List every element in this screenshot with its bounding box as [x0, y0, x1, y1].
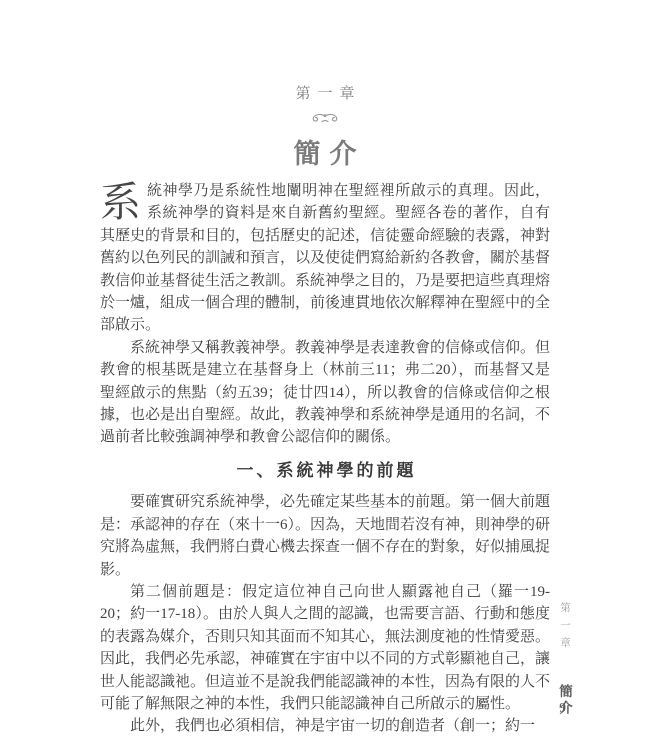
page-number: 9: [559, 700, 566, 716]
paragraph-intro-text: 統神學乃是系統性地闡明神在聖經裡所啟示的真理。因此，系統神學的資料是來自新舊約聖…: [100, 183, 550, 333]
margin-chapter-label: 第一章: [559, 602, 570, 655]
paragraph-intro: 系統神學乃是系統性地闡明神在聖經裡所啟示的真理。因此，系統神學的資料是來自新舊約…: [100, 180, 550, 337]
page-body: 系統神學乃是系統性地闡明神在聖經裡所啟示的真理。因此，系統神學的資料是來自新舊約…: [100, 180, 550, 738]
fleuron-icon: [0, 112, 650, 125]
paragraph-doctrinal-theology: 系統神學又稱教義神學。教義神學是表達教會的信條或信仰。但教會的根基既是建立在基督…: [100, 337, 550, 449]
chapter-title: 簡介: [0, 132, 650, 171]
book-page: 第一章 簡介 系統神學乃是系統性地闡明神在聖經裡所啟示的真理。因此，系統神學的資…: [0, 0, 650, 750]
paragraph-creator: 此外，我們也必須相信，神是宇宙一切的創造者（創一；約一: [100, 715, 550, 737]
dropcap: 系: [100, 180, 147, 222]
paragraph-first-premise: 要確實研究系統神學，必先確定某些基本的前題。第一個大前題是：承認神的存在（來十一…: [100, 491, 550, 581]
section-heading-premises: 一、系統神學的前題: [100, 460, 550, 482]
chapter-label: 第一章: [0, 82, 650, 103]
paragraph-second-premise: 第二個前題是：假定這位神自己向世人顯露祂自己（羅一19-20；約一17-18）。…: [100, 581, 550, 715]
chapter-head: 第一章 簡介: [0, 82, 650, 171]
